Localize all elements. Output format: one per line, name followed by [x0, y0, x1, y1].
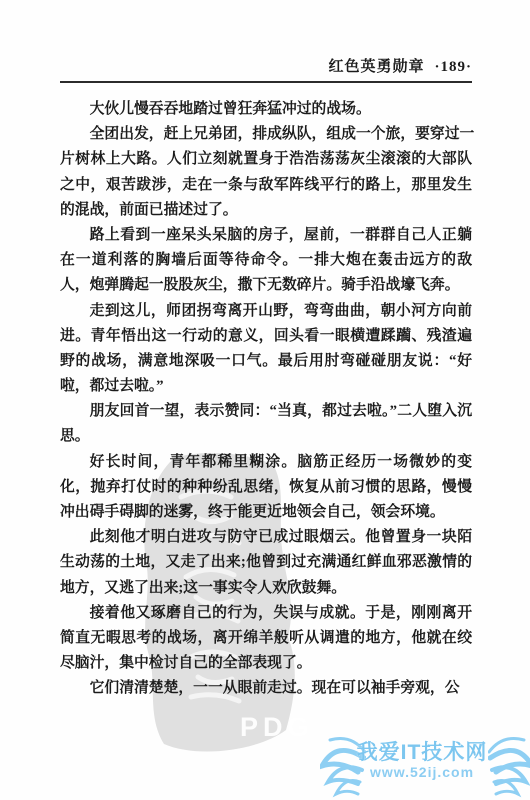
page-header: 红色英勇勋章·189·	[60, 55, 472, 76]
text-line: 冲出碍手碍脚的迷雾，终于能更近地领会自己，领会环境。	[60, 500, 472, 525]
site-watermark: 我爱IT技术网 www.52ij.com	[326, 728, 528, 800]
text-line: 野的战场，满意地深吸一口气。最后用肘弯碰碰朋友说：“好	[60, 349, 472, 374]
text-line: 朋友回首一望，表示赞同：“当真，都过去啦。”二人堕入沉	[60, 399, 472, 424]
site-url: www.52ij.com	[354, 764, 490, 780]
text-line: 尽脑汁，集中检讨自己的全部表现了。	[60, 651, 472, 676]
text-line: 啦，都过去啦。”	[60, 374, 472, 399]
book-page: PDG 红色英勇勋章·189· 大伙儿慢吞吞地踏过曾狂奔猛冲过的战场。全团出发，…	[0, 0, 530, 800]
page-number: ·189·	[434, 59, 472, 75]
text-line: 思。	[60, 424, 472, 449]
text-line: 地方，又逃了出来;这一事实令人欢欣鼓舞。	[60, 576, 472, 601]
text-line: 片树林上大路。人们立刻就置身于浩浩荡荡灰尘滚滚的大部队	[60, 147, 472, 172]
pdg-watermark-label: PDG	[240, 712, 314, 743]
text-line: 全团出发，赶上兄弟团，排成纵队，组成一个旅，要穿过一	[60, 122, 472, 147]
text-line: 生动荡的土地，又走了出来;他曾到过充满通红鲜血邪恶激情的	[60, 550, 472, 575]
text-line: 人，炮弹腾起一股股灰尘，撒下无数碎片。骑手沿战壕飞奔。	[60, 273, 472, 298]
header-rule	[60, 81, 472, 83]
text-line: 在一道利落的胸墙后面等待命令。一排大炮在轰击远方的敌	[60, 248, 472, 273]
text-line: 之中，艰苦跋涉，走在一条与敌军阵线平行的路上，那里发生	[60, 173, 472, 198]
text-line: 好长时间，青年都稀里糊涂。脑筋正经历一场微妙的变	[60, 450, 472, 475]
text-line: 此刻他才明白进攻与防守已成过眼烟云。他曾置身一块陌	[60, 525, 472, 550]
text-line: 化，抛弃打仗时的种种纷乱思绪，恢复从前习惯的思路，慢慢	[60, 475, 472, 500]
text-line: 大伙儿慢吞吞地踏过曾狂奔猛冲过的战场。	[60, 97, 472, 122]
text-line: 接着他又琢磨自己的行为，失误与成就。于是，刚刚离开	[60, 601, 472, 626]
book-title: 红色英勇勋章	[328, 59, 424, 75]
text-line: 它们清清楚楚，一一从眼前走过。现在可以袖手旁观，公	[60, 676, 472, 701]
body-text: 大伙儿慢吞吞地踏过曾狂奔猛冲过的战场。全团出发，赶上兄弟团，排成纵队，组成一个旅…	[60, 97, 472, 702]
right-wing-icon	[488, 728, 530, 798]
text-line: 的混战，前面已描述过了。	[60, 198, 472, 223]
text-line: 路上看到一座呆头呆脑的房子，屋前，一群群自己人正躺	[60, 223, 472, 248]
site-name: 我爱IT技术网	[354, 736, 490, 766]
text-line: 进。青年悟出这一行动的意义，回头看一眼横遭蹂躏、残渣遍	[60, 324, 472, 349]
text-line: 走到这儿，师团拐弯离开山野，弯弯曲曲，朝小河方向前	[60, 299, 472, 324]
text-line: 简直无暇思考的战场，离开绵羊般听从调遣的地方，他就在绞	[60, 626, 472, 651]
